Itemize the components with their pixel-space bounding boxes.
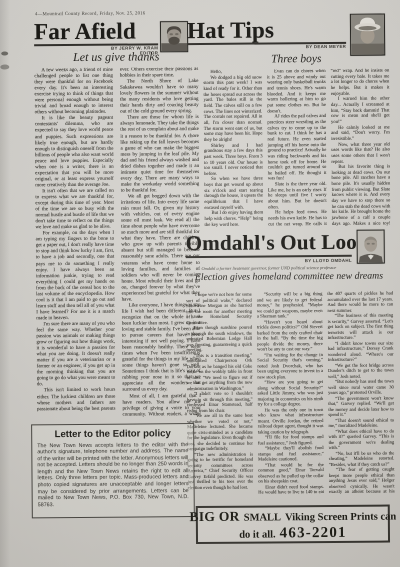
meyer-photo bbox=[350, 14, 385, 56]
letter-policy-body: The New Town News accepts letters to the… bbox=[37, 442, 189, 509]
scan-mark bbox=[1, 51, 8, 55]
omdahl-byline: BY LLOYD OMDAHL bbox=[186, 257, 352, 264]
omdahl-headline: Election gives homeland committee new dr… bbox=[183, 271, 395, 282]
hat-tips-masthead: Hat Tips bbox=[187, 18, 274, 42]
ad-box: BIG OR SMALL Viking Screen Prints can do… bbox=[196, 505, 390, 545]
letter-policy-box: Letter to the Editor policy The New Town… bbox=[31, 423, 195, 518]
kram-portrait-graphic bbox=[161, 22, 187, 51]
omdahl-body: “I hope we're not here for some sort of … bbox=[186, 290, 395, 500]
kram-photo bbox=[160, 21, 188, 52]
ad-text-rest: Viking Screen Prints can bbox=[285, 511, 396, 523]
hat-tips-body: Hello,We dodged a big old snow storm thi… bbox=[203, 69, 390, 231]
far-afield-headline: Let us give thanks bbox=[34, 50, 198, 63]
ad-text-doit: do it all. bbox=[239, 529, 276, 540]
ad-line-2: do it all. 463-2201 bbox=[239, 524, 347, 541]
three-boys-headline: Three boys bbox=[203, 53, 389, 66]
scan-mark bbox=[0, 64, 9, 69]
folio-line: 4—Mountrail County Record, Friday, Nov. … bbox=[35, 11, 146, 17]
omdahl-photo bbox=[357, 230, 385, 264]
ad-text-small: SMALL bbox=[244, 512, 281, 523]
omdahl-masthead: Omdahl's Out Look bbox=[186, 232, 369, 254]
far-afield-body: A few weeks ago, a friend of mine challe… bbox=[34, 67, 201, 421]
letter-policy-heading: Letter to the Editor policy bbox=[37, 428, 188, 440]
omdahl-portrait-graphic bbox=[358, 231, 384, 263]
hat-tips-byline: BY DEAN MEYER bbox=[203, 44, 346, 51]
meyer-portrait-graphic bbox=[351, 15, 384, 55]
omdahl-tagline: Omdahl a former lieutenant governor, for… bbox=[178, 264, 360, 270]
ad-phone-number: 463-2201 bbox=[280, 524, 347, 541]
ad-line-1: BIG OR SMALL Viking Screen Prints can bbox=[189, 507, 396, 525]
newspaper-page: 4—Mountrail County Record, Friday, Nov. … bbox=[0, 0, 400, 567]
ad-text-big: BIG OR bbox=[189, 508, 239, 523]
far-afield-masthead: Far Afield bbox=[34, 19, 136, 43]
